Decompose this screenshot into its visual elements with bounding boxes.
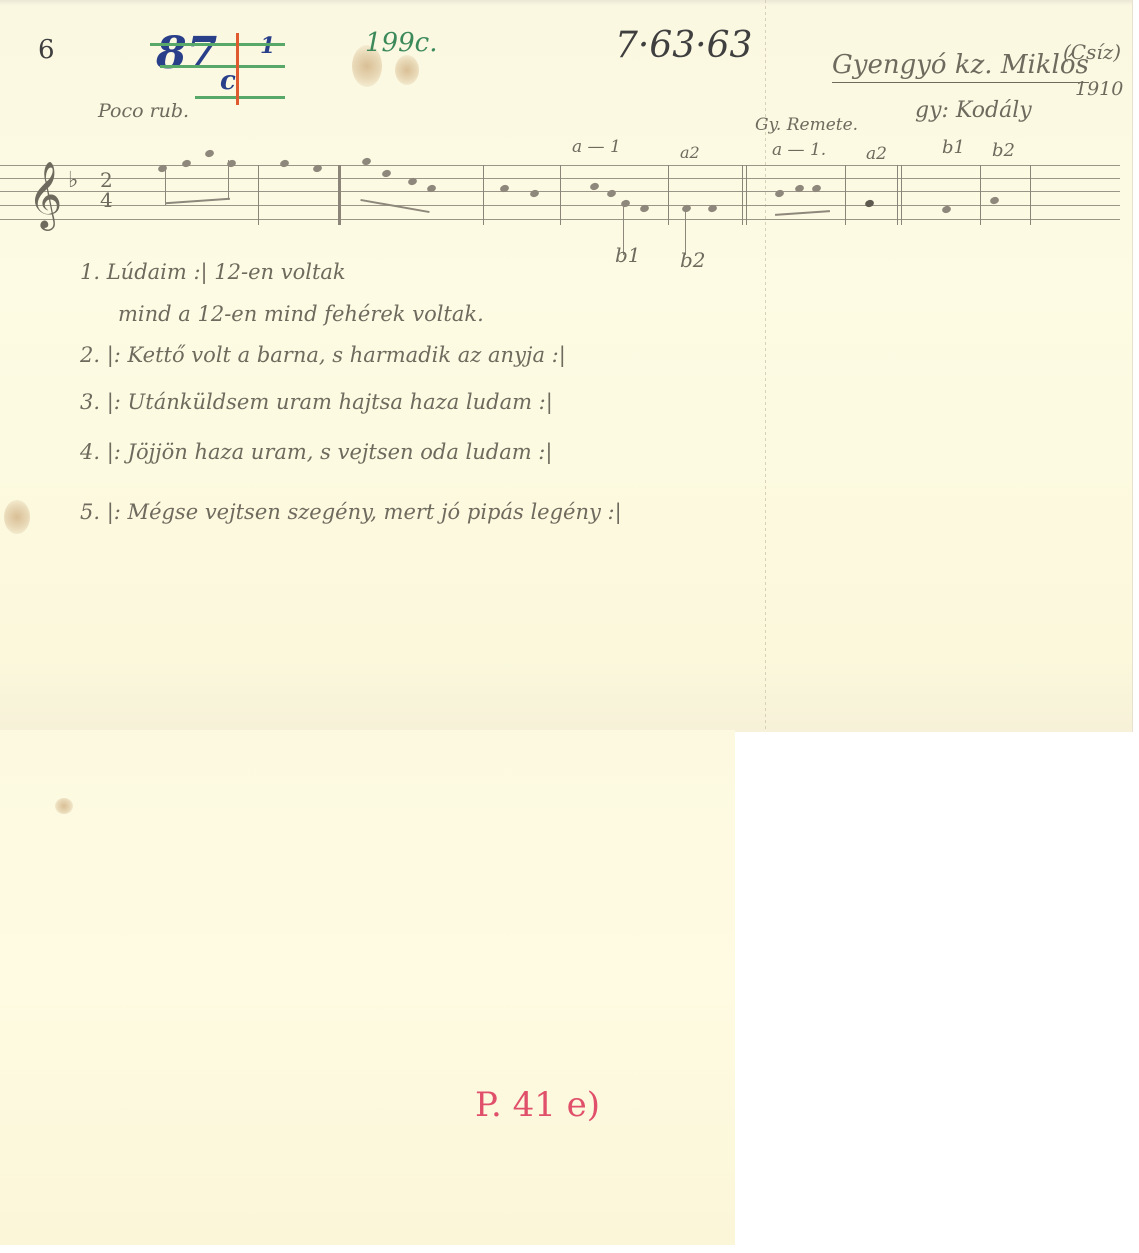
double-bar-line	[746, 165, 747, 225]
time-signature: 2 4	[100, 170, 113, 210]
double-bar-line	[742, 165, 743, 225]
repeat-bar-end	[560, 165, 561, 225]
verse-4: 4. |: Jöjjön haza uram, s vejtsen oda lu…	[80, 440, 552, 464]
bar-line	[1030, 165, 1031, 225]
collector-location: (Csíz)	[1063, 40, 1121, 64]
variant-source: Gy. Remete.	[755, 115, 858, 135]
variant-label-b2: b2	[680, 248, 706, 272]
note-stem	[165, 165, 166, 205]
catalog-superscript: 1	[260, 33, 275, 59]
stain-spot	[55, 798, 73, 814]
double-bar-line	[897, 165, 898, 225]
bar-line	[483, 165, 484, 225]
verse-text: |: Utánküldsem uram hajtsa haza ludam :|	[107, 390, 553, 414]
green-strike-line	[160, 65, 285, 68]
page-number: 6	[38, 35, 55, 65]
bar-line	[980, 165, 981, 225]
verse-text: |: Kettő volt a barna, s harmadik az any…	[107, 343, 566, 367]
collected-by: gy: Kodály	[915, 98, 1032, 123]
verse-3: 3. |: Utánküldsem uram hajtsa haza ludam…	[80, 390, 553, 414]
archive-reference: P. 41 e)	[475, 1085, 600, 1125]
verse-5: 5. |: Mégse vejtsen szegény, mert jó pip…	[80, 500, 622, 524]
flat-key-signature: ♭	[68, 168, 78, 193]
double-bar-line	[901, 165, 902, 225]
bar-line	[258, 165, 259, 225]
variant-label-b1-right: b1	[942, 137, 965, 158]
variant-label-b1: b1	[615, 243, 641, 267]
catalog-number-crossed: 87	[156, 28, 217, 79]
verse-number: 1.	[80, 260, 100, 284]
stain-spot	[395, 55, 419, 85]
variant-label-a1: a — 1	[572, 137, 621, 157]
crossed-catalog-number: 87 c 1	[150, 28, 290, 108]
variant-label-a2: a2	[680, 143, 700, 162]
stain-spot	[4, 500, 30, 534]
repeat-bar-start	[340, 165, 341, 225]
verse-text: |: Jöjjön haza uram, s vejtsen oda ludam…	[107, 440, 553, 464]
variant-label-a1-right: a — 1.	[772, 140, 826, 160]
verse-number: 3.	[80, 390, 100, 414]
green-reference-number: 199c.	[365, 28, 437, 58]
reference-number: 7·63·63	[615, 25, 752, 66]
bar-line	[845, 165, 846, 225]
verse-1: 1. Lúdaim :| 12-en voltak	[80, 260, 346, 284]
treble-clef-icon: 𝄞	[28, 165, 62, 223]
variant-label-a2-right: a2	[866, 144, 887, 164]
collector-name: Gyengyó kz. Miklós	[832, 50, 1089, 83]
red-strike-line	[236, 33, 239, 105]
verse-number: 2.	[80, 343, 100, 367]
manuscript-lower-sheet	[0, 730, 735, 1245]
paper-fold-line	[765, 0, 766, 730]
collection-year: 1910	[1075, 78, 1123, 100]
verse-2: 2. |: Kettő volt a barna, s harmadik az …	[80, 343, 566, 367]
verse-text: Lúdaim :| 12-en voltak	[107, 260, 346, 284]
verse-text: |: Mégse vejtsen szegény, mert jó pipás …	[107, 500, 622, 524]
verse-number: 5.	[80, 500, 100, 524]
time-signature-top: 2	[100, 170, 113, 190]
catalog-subscript: c	[220, 66, 236, 96]
green-strike-line	[195, 96, 285, 99]
green-strike-line	[150, 43, 285, 46]
verse-1-line-2: mind a 12-en mind fehérek voltak.	[118, 302, 484, 326]
verse-number: 4.	[80, 440, 100, 464]
note-stem	[228, 160, 229, 200]
tempo-marking: Poco rub.	[98, 100, 189, 122]
variant-label-b2-right: b2	[992, 140, 1015, 161]
time-signature-bottom: 4	[100, 190, 113, 210]
bar-line	[668, 165, 669, 225]
